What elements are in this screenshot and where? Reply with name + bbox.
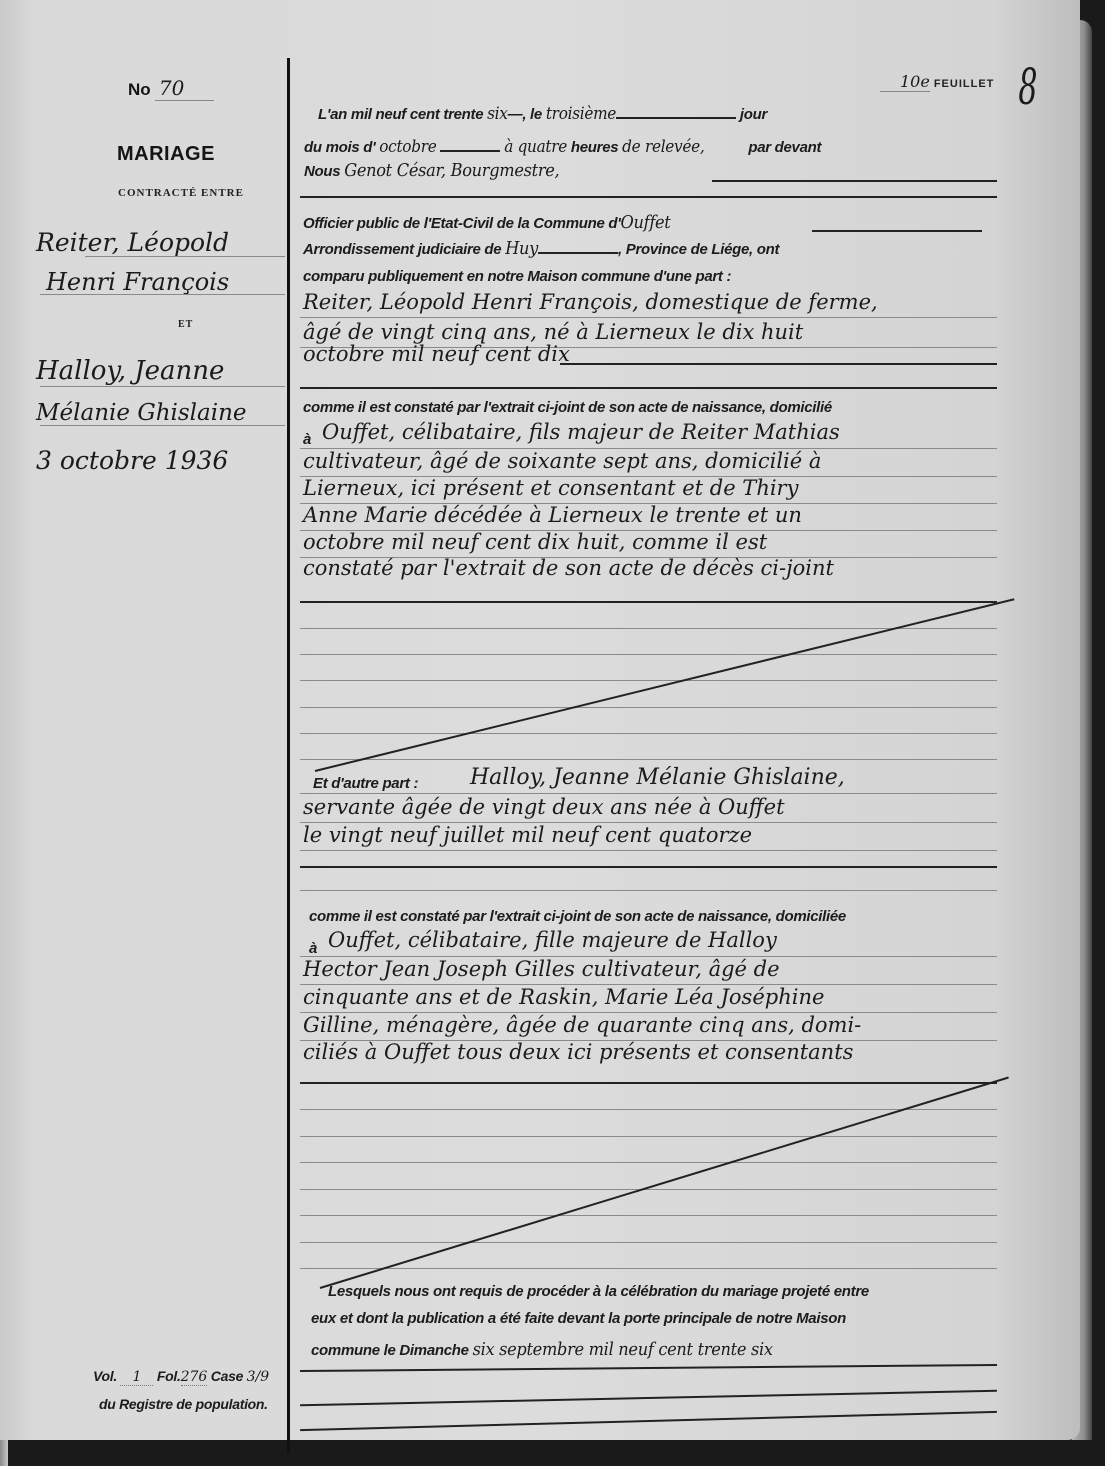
- officer-line1: Officier public de l'Etat-Civil de la Co…: [303, 212, 671, 233]
- register-page: No 70 MARIAGE CONTRACTÉ ENTRE Reiter, Lé…: [0, 0, 1080, 1440]
- bride-identity-2: servante âgée de vingt deux ans née à Ou…: [303, 795, 785, 819]
- groom-detail-4: Anne Marie décédée à Lierneux le trente …: [303, 503, 802, 527]
- intro-line3: Nous Genot César, Bourgmestre,: [304, 160, 559, 181]
- bride-identity-1: Halloy, Jeanne Mélanie Ghislaine,: [470, 765, 845, 790]
- groom-detail-2: cultivateur, âgé de soixante sept ans, d…: [303, 449, 821, 473]
- vol-value: 1: [120, 1369, 153, 1386]
- feuillet-number: 10e: [880, 72, 930, 92]
- groom-identity-2: âgé de vingt cinq ans, né à Lierneux le …: [303, 320, 803, 344]
- act-title: MARIAGE: [117, 143, 215, 166]
- feuillet-label: FEUILLET: [934, 78, 995, 90]
- bride-detail-1: Ouffet, célibataire, fille majeure de Ha…: [328, 928, 777, 952]
- strike-diagonal: [315, 598, 1015, 772]
- publication-date: six septembre mil neuf cent trente six: [473, 1339, 773, 1360]
- population-register-ref: Vol. 1 Fol.276 Case 3/9: [93, 1368, 269, 1386]
- bride-detail-5: ciliés à Ouffet tous deux ici présents e…: [303, 1040, 853, 1064]
- act-number: No 70: [128, 76, 214, 100]
- bride-printed: Et d'autre part :: [313, 775, 418, 792]
- fol-value: 276: [181, 1369, 208, 1386]
- bride-identity-3: le vingt neuf juillet mil neuf cent quat…: [303, 823, 752, 847]
- number-label: No: [128, 80, 151, 99]
- groom-detail-6: constaté par l'extrait de son acte de dé…: [303, 556, 834, 580]
- conjunction: ET: [178, 319, 193, 330]
- closing-line1: Lesquels nous ont requis de procéder à l…: [328, 1283, 869, 1300]
- bride-detail-printed: comme il est constaté par l'extrait ci-j…: [309, 908, 846, 925]
- bride-detail-3: cinquante ans et de Raskin, Marie Léa Jo…: [303, 985, 824, 1009]
- registre-label: du Registre de population.: [99, 1396, 268, 1412]
- number-value: 70: [155, 76, 214, 101]
- margin-mark: 8: [1018, 58, 1037, 116]
- margin-rule: [287, 58, 290, 1453]
- feuillet-header: 10e FEUILLET: [880, 72, 994, 92]
- marriage-date: 3 octobre 1936: [36, 446, 228, 475]
- officer-line3: comparu publiquement en notre Maison com…: [303, 268, 731, 285]
- groom-identity-1: Reiter, Léopold Henri François, domestiq…: [303, 290, 878, 314]
- officer-line2: Arrondissement judiciaire de Huy, Provin…: [303, 238, 779, 259]
- act-subtitle: CONTRACTÉ ENTRE: [118, 187, 244, 199]
- groom-detail-printed: comme il est constaté par l'extrait ci-j…: [303, 399, 832, 416]
- intro-line2: du mois d' octobre à quatre heures de re…: [304, 137, 821, 157]
- bride-detail-2: Hector Jean Joseph Gilles cultivateur, â…: [303, 957, 780, 981]
- groom-name-line1: Reiter, Léopold: [36, 228, 229, 257]
- groom-name-line2: Henri François: [46, 268, 229, 296]
- bride-name-line2: Mélanie Ghislaine: [36, 400, 247, 426]
- groom-detail-5: octobre mil neuf cent dix huit, comme il…: [303, 530, 767, 554]
- closing-line3: commune le Dimanche six septembre mil ne…: [311, 1339, 773, 1360]
- bride-name-line1: Halloy, Jeanne: [36, 356, 224, 386]
- groom-detail-1: Ouffet, célibataire, fils majeur de Reit…: [322, 420, 840, 444]
- case-value: 3/9: [247, 1369, 270, 1385]
- intro-line1: L'an mil neuf cent trente six—, le trois…: [318, 104, 767, 124]
- groom-detail-3: Lierneux, ici présent et consentant et d…: [303, 476, 798, 500]
- groom-identity-3: octobre mil neuf cent dix: [303, 342, 570, 366]
- bride-detail-4: Gilline, ménagère, âgée de quarante cinq…: [303, 1013, 861, 1037]
- closing-line2: eux et dont la publication a été faite d…: [311, 1310, 846, 1327]
